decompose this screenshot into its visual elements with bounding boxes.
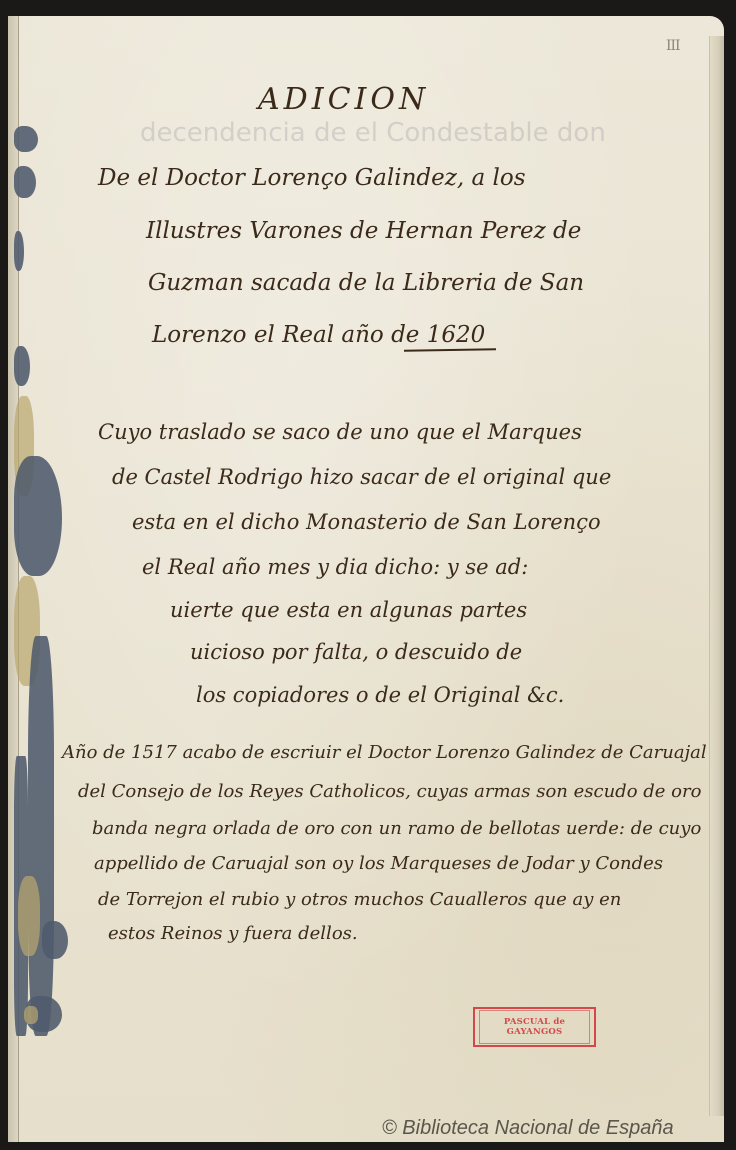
margin-discoloration [18,876,40,956]
margin-discoloration [24,1006,38,1024]
margin-stain [42,921,68,959]
margin-stain [14,346,30,386]
margin-stain [28,636,54,1036]
margin-stain [14,126,38,152]
copyright-watermark: © Biblioteca Nacional de España [382,1117,674,1140]
paragraph-line-3: esta en el dicho Monasterio de San Loren… [132,510,601,534]
heading-line-4: Lorenzo el Real año de 1620 [152,322,485,348]
paragraph-line-4: el Real año mes y dia dicho: y se ad: [142,555,528,579]
margin-stain [14,166,36,198]
paragraph-line-5: uierte que esta en algunas partes [170,598,527,622]
margin-stain [14,231,24,271]
bleed-through-text: decendencia de el Condestable don [140,118,606,148]
paragraph-line-6: uicioso por falta, o descuido de [190,640,522,664]
folio-number: III [666,38,680,54]
manuscript-title: ADICION [258,82,429,117]
note-line-3: banda negra orlada de oro con un ramo de… [92,818,701,839]
stamp-text: PASCUAL de GAYANGOS [479,1010,590,1044]
note-line-4: appellido de Caruajal son oy los Marques… [94,853,663,874]
library-stamp: PASCUAL de GAYANGOS [473,1007,596,1047]
heading-line-1: De el Doctor Lorenço Galindez, a los [98,165,526,191]
note-line-2: del Consejo de los Reyes Catholicos, cuy… [78,781,701,802]
paragraph-line-2: de Castel Rodrigo hizo sacar de el origi… [112,465,611,489]
paragraph-line-1: Cuyo traslado se saco de uno que el Marq… [98,420,582,444]
note-line-1: Año de 1517 acabo de escriuir el Doctor … [62,742,707,763]
heading-line-2: Illustres Varones de Hernan Perez de [146,218,581,244]
margin-stain [14,456,62,576]
note-line-6: estos Reinos y fuera dellos. [108,923,358,944]
paragraph-line-7: los copiadores o de el Original &c. [196,683,564,707]
note-line-5: de Torrejon el rubio y otros muchos Caua… [98,889,621,910]
page-edge [709,36,724,1116]
heading-line-3: Guzman sacada de la Libreria de San [148,270,584,296]
